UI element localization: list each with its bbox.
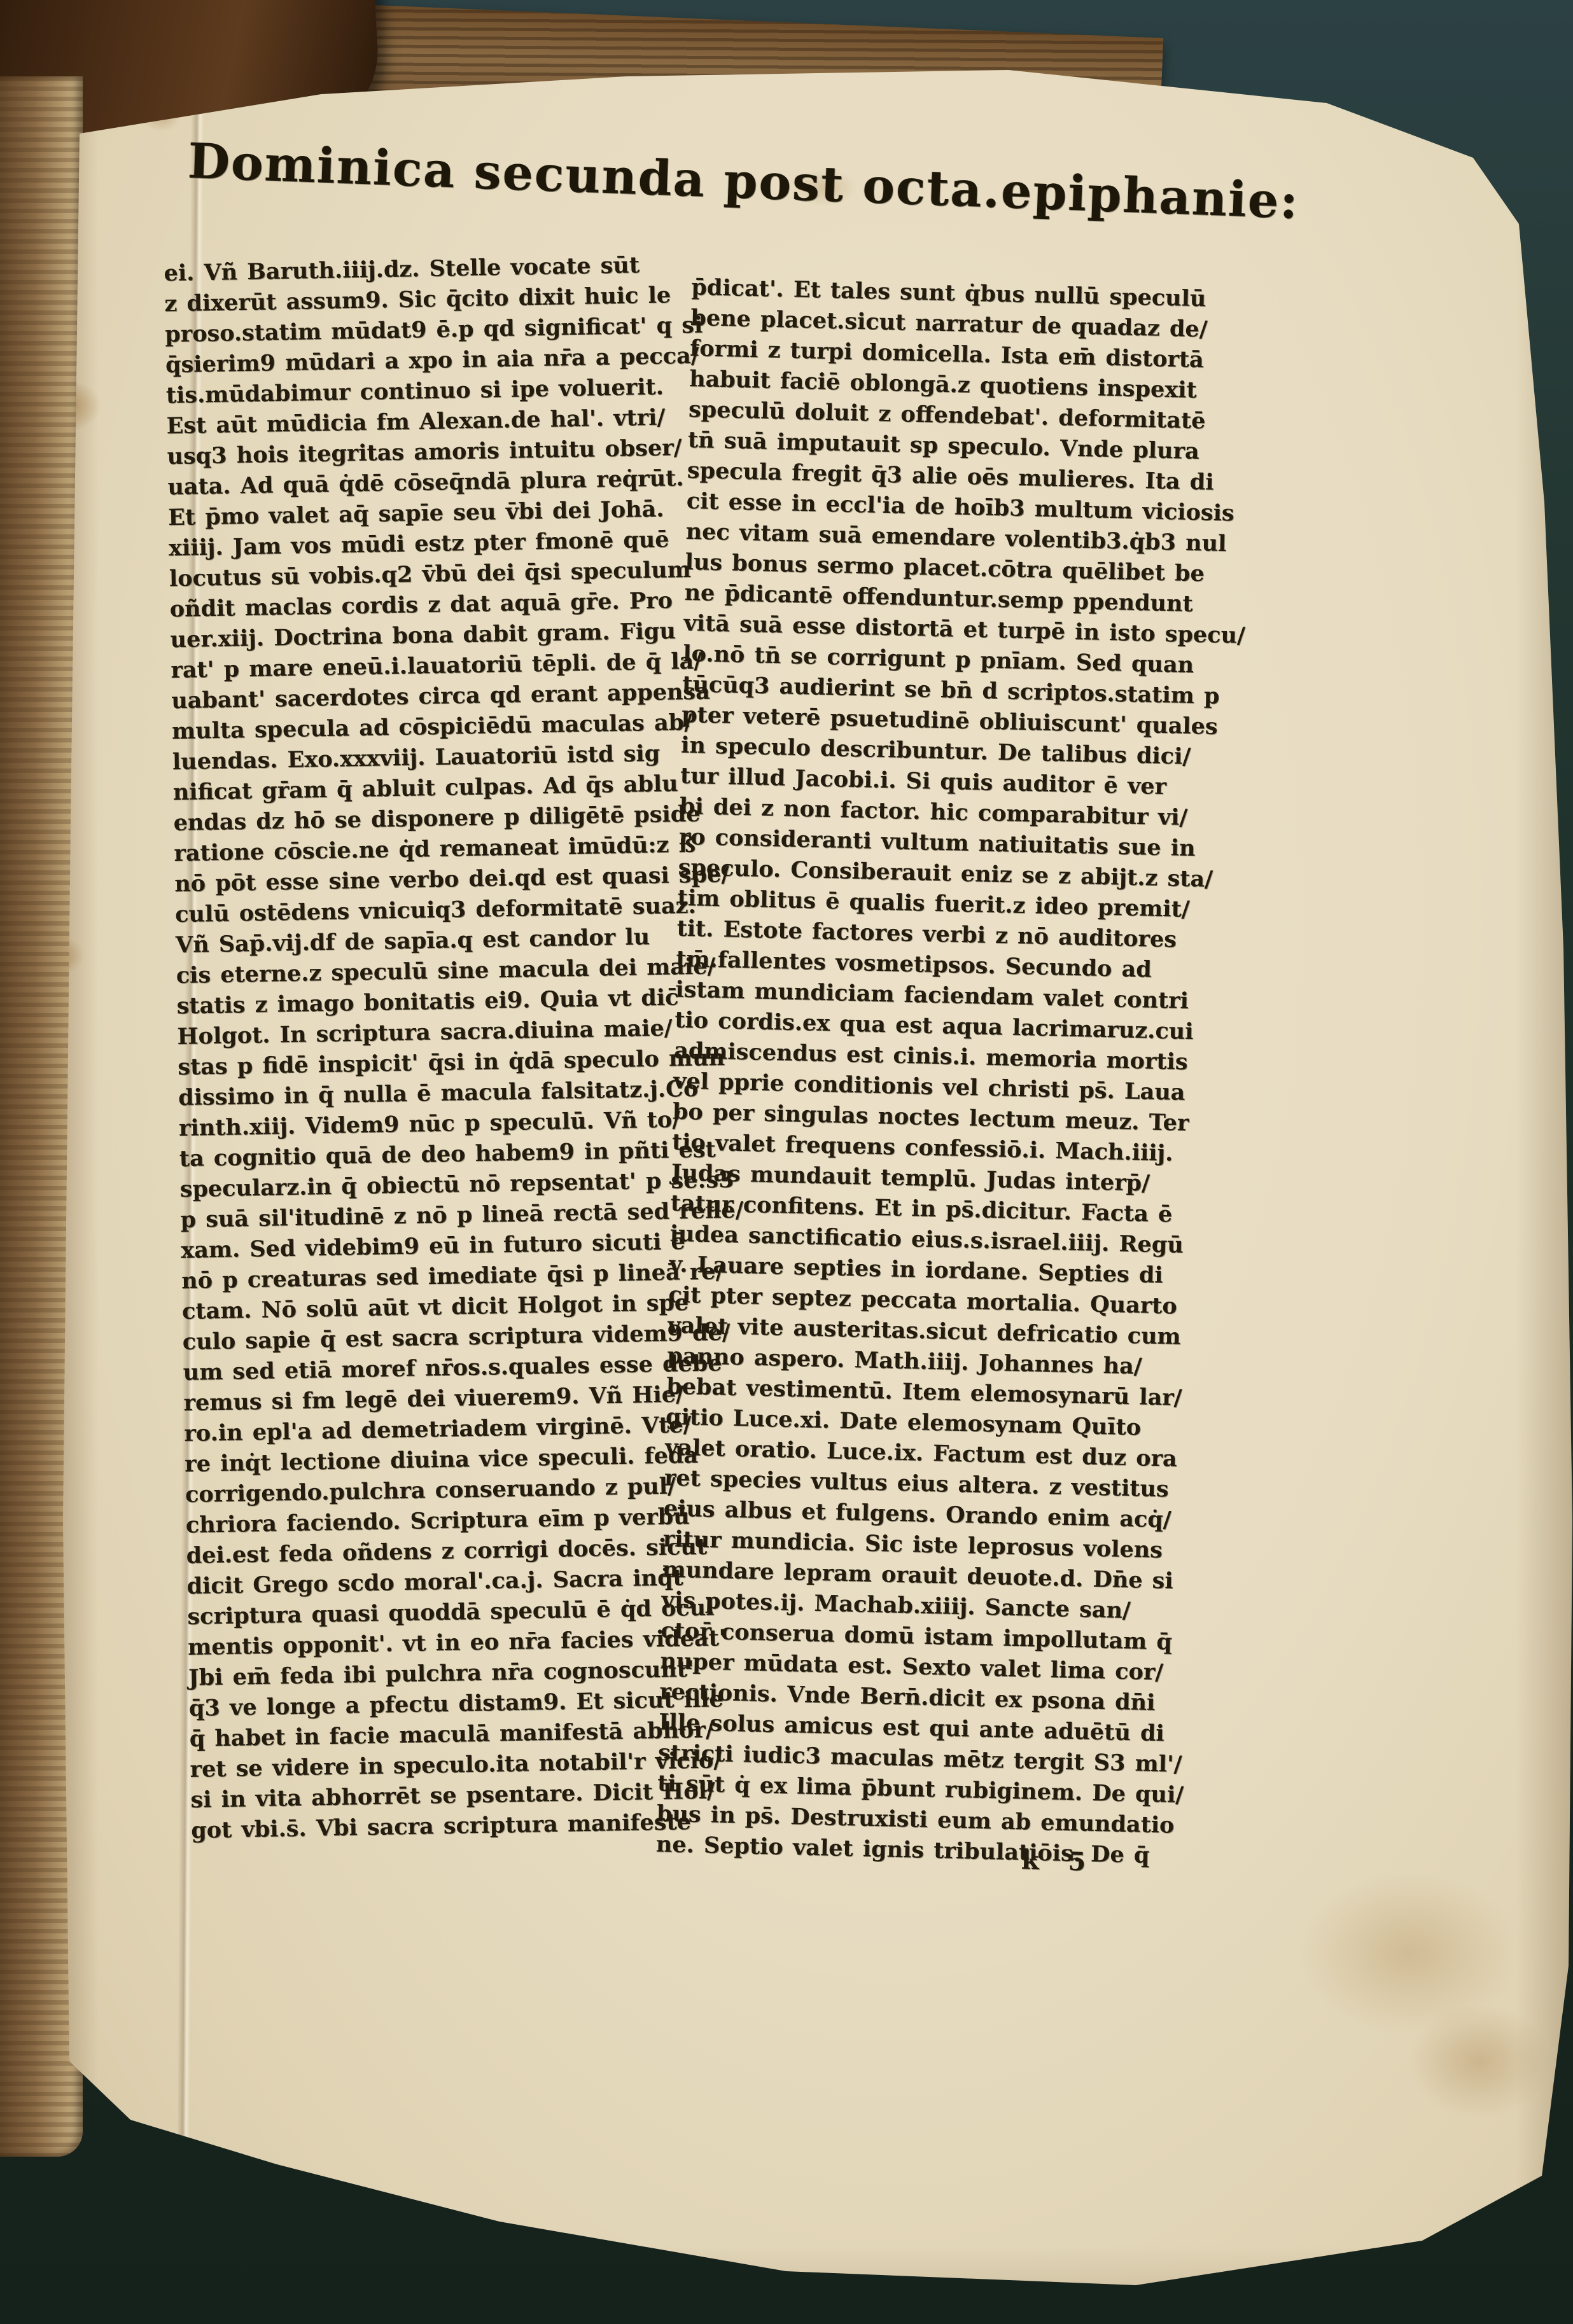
right-column: p̄dicat'. Et tales sunt q̇bus nullū spec…: [655, 272, 1219, 1872]
scanned-book-photo: Dominica secunda post octa.epiphanie: ei…: [0, 0, 1573, 2324]
book-page: Dominica secunda post octa.epiphanie: ei…: [54, 57, 1573, 2322]
page-heading: Dominica secunda post octa.epiphanie:: [187, 132, 1308, 230]
quire-signature: k 5: [1021, 1845, 1096, 1877]
left-column: ei. Vñ Baruth.iiij.dz. Stelle vocate sūt…: [164, 249, 713, 1846]
